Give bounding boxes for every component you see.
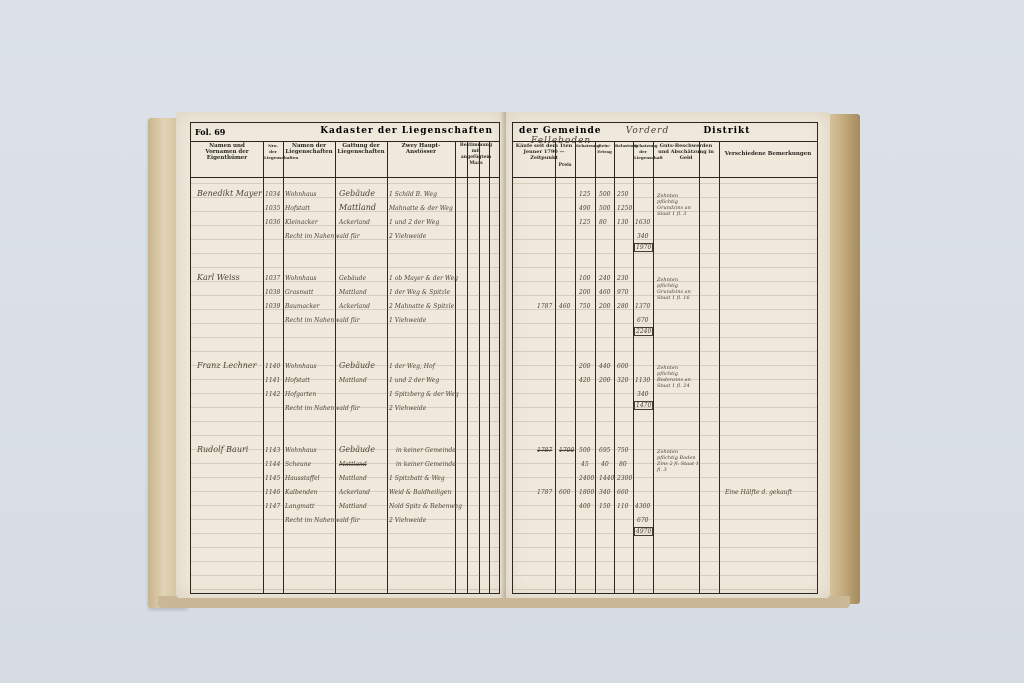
ruled-line <box>191 365 499 366</box>
ruled-line <box>191 575 499 576</box>
ruled-line <box>513 379 817 380</box>
ruled-line <box>191 393 499 394</box>
header-nr: Nro. der Liegenschaften <box>264 143 282 161</box>
ruled-line <box>513 365 817 366</box>
col-divider <box>467 141 468 593</box>
ruled-line <box>191 197 499 198</box>
gemeinde-value: Vorderd <box>626 126 670 136</box>
ruled-line <box>513 575 817 576</box>
ruled-line <box>191 491 499 492</box>
ruled-line <box>513 393 817 394</box>
col-divider <box>699 141 700 593</box>
ruled-line <box>191 309 499 310</box>
col-divider <box>719 141 720 593</box>
ruled-line <box>513 351 817 352</box>
ruled-line <box>191 337 499 338</box>
total: 1970 <box>634 243 653 252</box>
ruled-line <box>191 379 499 380</box>
ruled-line <box>191 407 499 408</box>
total: 1470 <box>634 401 653 410</box>
ruled-line <box>191 211 499 212</box>
right-page: der Gemeinde Vorderd Distrikt Felleboden… <box>506 112 830 598</box>
ruled-line <box>191 183 499 184</box>
burden-note: Zehnten pflichtig Boden Zins 2 fl. Staat… <box>657 449 699 473</box>
book-page-edge-right <box>826 114 860 604</box>
left-table: Fol. 69 Kadaster der Liegenschaften Name… <box>190 122 500 594</box>
col-divider <box>455 141 456 593</box>
total: 2240 <box>634 327 653 336</box>
ruled-line <box>513 421 817 422</box>
folio-number: Fol. 69 <box>195 127 225 137</box>
total: 4970 <box>634 527 653 536</box>
ruled-line <box>191 463 499 464</box>
ruled-line <box>513 519 817 520</box>
left-page: Fol. 69 Kadaster der Liegenschaften Name… <box>176 112 506 598</box>
ruled-line <box>513 505 817 506</box>
ruled-line <box>513 295 817 296</box>
col-divider <box>653 141 654 593</box>
ruled-line <box>191 505 499 506</box>
ruled-line <box>513 211 817 212</box>
right-table: der Gemeinde Vorderd Distrikt Felleboden… <box>512 122 818 594</box>
ruled-line <box>191 435 499 436</box>
header-burdens: Guts-Beschwerden und Abschätzung in Geld <box>654 143 718 161</box>
ruled-line <box>191 267 499 268</box>
ruled-line <box>513 183 817 184</box>
ruled-line <box>513 407 817 408</box>
header-valuation: Schatzung <box>576 143 594 149</box>
ruled-line <box>513 239 817 240</box>
col-divider <box>595 141 596 593</box>
ruled-line <box>513 561 817 562</box>
ruled-line <box>191 533 499 534</box>
ruled-line <box>513 449 817 450</box>
gemeinde-label: der Gemeinde <box>519 126 602 136</box>
header-price: Preis <box>556 163 574 169</box>
ruled-line <box>191 295 499 296</box>
ledger-book: Fol. 69 Kadaster der Liegenschaften Name… <box>148 108 860 608</box>
ruled-line <box>513 253 817 254</box>
ruled-line <box>191 421 499 422</box>
col-divider <box>614 141 615 593</box>
header-measure: Bestimmung mit angefügtem Maas <box>456 143 496 167</box>
header-remarks: Verschiedene Bemerkungen <box>721 151 815 157</box>
ruled-line <box>191 519 499 520</box>
header-property-type: Gattung der Liegenschaften <box>337 143 385 155</box>
ruled-line <box>191 449 499 450</box>
ruled-line <box>513 589 817 590</box>
col-divider <box>479 141 480 593</box>
district-label: Distrikt <box>703 126 750 136</box>
ruled-line <box>513 197 817 198</box>
col-divider <box>633 141 634 593</box>
header-owner-name: Namen und Vornamen der Eigenthümer <box>193 143 261 161</box>
header-neighbors: Zwey Haupt-Anstösser <box>389 143 453 155</box>
col-divider <box>335 141 336 593</box>
ruled-line <box>191 281 499 282</box>
header-property-valuation: Schatzung der Liegenschaft <box>634 143 652 161</box>
header-encumbrance: Belastung <box>615 143 632 149</box>
burden-note: Zehnten pflichtig Bodenzins an Staat 1 f… <box>657 365 699 389</box>
page-title: Kadaster der Liegenschaften <box>320 126 493 136</box>
col-divider <box>575 141 576 593</box>
ruled-line <box>191 561 499 562</box>
col-divider <box>555 141 556 593</box>
ruled-line <box>513 323 817 324</box>
ruled-line <box>191 589 499 590</box>
col-divider <box>489 141 490 593</box>
header-net-yield: Rein-Ertrag <box>596 143 613 155</box>
ruled-line <box>513 225 817 226</box>
ruled-line <box>513 267 817 268</box>
ruled-line <box>191 225 499 226</box>
ruled-line <box>513 337 817 338</box>
right-title-row: der Gemeinde Vorderd Distrikt Felleboden <box>513 123 817 142</box>
ruled-line <box>513 477 817 478</box>
ruled-line <box>513 533 817 534</box>
header-purchase-date: Käufe seit dem 1ten Jenner 1790 — Zeitpu… <box>515 143 573 161</box>
left-title-row: Fol. 69 Kadaster der Liegenschaften <box>191 123 499 142</box>
ruled-line <box>191 239 499 240</box>
ruled-line <box>191 323 499 324</box>
ruled-line <box>513 309 817 310</box>
ruled-line <box>191 253 499 254</box>
header-property-name: Namen der Liegenschaften <box>285 143 333 155</box>
ruled-line <box>191 477 499 478</box>
ruled-line <box>191 351 499 352</box>
ruled-line <box>513 281 817 282</box>
ruled-line <box>191 547 499 548</box>
ruled-line <box>513 463 817 464</box>
ruled-line <box>513 491 817 492</box>
ruled-line <box>513 547 817 548</box>
ruled-line <box>513 435 817 436</box>
